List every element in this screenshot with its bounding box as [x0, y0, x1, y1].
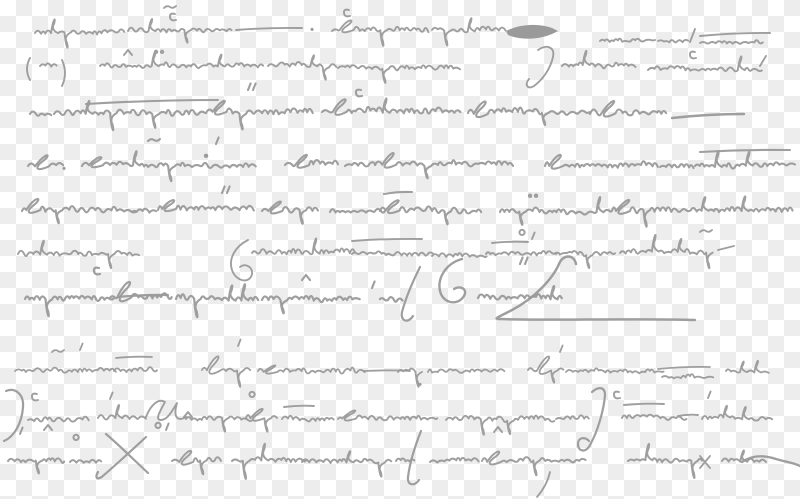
handwriting-stroke: [332, 20, 428, 45]
handwriting-stroke: [35, 19, 124, 47]
handwriting-stroke: [62, 60, 65, 86]
handwriting-stroke: [116, 357, 152, 358]
handwriting-stroke: [302, 451, 391, 476]
handwriting-stroke: [94, 268, 100, 275]
handwriting-stroke: [172, 451, 221, 474]
handwriting-stroke: [520, 258, 528, 265]
handwriting-stroke: [384, 192, 412, 194]
handwriting-stroke: [690, 29, 695, 42]
handwriting-stroke: [258, 365, 365, 373]
handwriting-stroke: [86, 100, 218, 104]
handwriting-stroke: [22, 199, 136, 223]
handwriting-stroke: [216, 138, 219, 145]
handwriting-stroke: [252, 238, 355, 254]
handwriting-stroke: [302, 275, 310, 280]
handwriting-line-8: [15, 340, 769, 387]
handwriting-stroke: [428, 369, 504, 373]
handwriting-line-5: [22, 187, 792, 227]
handwriting-stroke: [222, 187, 230, 194]
handwriting-stroke: [648, 56, 762, 71]
handwriting-stroke: [232, 444, 306, 479]
handwriting-stroke: [600, 39, 655, 42]
handwriting-stroke: [15, 368, 116, 373]
handwriting-stroke: [529, 195, 537, 197]
handwriting-stroke: [146, 401, 186, 420]
handwriting-stroke: [612, 196, 792, 226]
handwriting-stroke: [614, 392, 620, 399]
handwriting-stroke: [700, 456, 710, 468]
handwriting-stroke: [468, 101, 589, 124]
handwriting-stroke: [28, 417, 89, 422]
handwriting-stroke: [70, 460, 101, 463]
handwriting-stroke: [18, 241, 78, 256]
handwriting-stroke: [556, 415, 589, 419]
handwriting-stroke: [28, 155, 63, 169]
handwriting-stroke: [537, 472, 550, 497]
handwriting-stroke: [700, 33, 770, 36]
handwriting-stroke: [372, 282, 375, 289]
handwriting-stroke: [262, 201, 318, 223]
handwriting-stroke: [380, 297, 402, 302]
handwriting-stroke: [25, 296, 114, 316]
handwriting-stroke: [285, 155, 338, 168]
handwriting-stroke: [148, 139, 160, 141]
handwriting-stroke: [32, 394, 38, 401]
handwriting-stroke: [556, 251, 615, 268]
handwriting-stroke: [439, 259, 465, 302]
handwriting-stroke: [238, 340, 241, 347]
handwriting-stroke: [330, 209, 385, 213]
handwriting-stroke: [432, 18, 506, 45]
handwriting-line-4: [28, 138, 795, 182]
handwriting-stroke: [742, 456, 800, 466]
handwriting-stroke: [52, 350, 64, 352]
handwriting-stroke: [432, 253, 487, 257]
handwriting-stroke: [658, 367, 710, 369]
handwriting-stroke: [206, 101, 313, 130]
handwriting-stroke: [176, 284, 258, 317]
handwriting-stroke: [658, 40, 688, 43]
handwriting-stroke: [620, 235, 713, 268]
handwriting-stroke: [155, 423, 160, 428]
handwriting-stroke: [80, 344, 83, 351]
handwriting-stroke: [164, 6, 176, 8]
handwriting-stroke: [562, 51, 636, 69]
handwriting-stroke: [132, 209, 156, 213]
handwriting-line-7: [25, 257, 695, 321]
handwriting-stroke: [545, 155, 658, 169]
handwriting-stroke: [249, 392, 254, 397]
handwriting-stroke: [695, 151, 795, 168]
handwriting-stroke: [702, 406, 772, 421]
handwriting-stroke: [62, 167, 65, 170]
handwriting-stroke: [110, 393, 113, 400]
handwriting-stroke: [110, 282, 172, 301]
handwriting-stroke: [352, 239, 422, 241]
handwriting-stroke: [478, 286, 562, 299]
handwriting-stroke: [166, 424, 169, 431]
handwriting-stroke: [338, 65, 460, 83]
handwriting-stroke: [30, 112, 51, 116]
handwriting-stroke: [482, 452, 586, 476]
handwriting-stroke: [98, 405, 146, 420]
handwriting-stroke: [248, 84, 256, 91]
handwriting-stroke: [418, 383, 421, 386]
handwriting-stroke: [718, 246, 734, 250]
handwriting-stroke: [506, 25, 558, 39]
handwriting-stroke: [700, 150, 790, 152]
handwriting-stroke: [170, 14, 176, 21]
handwriting-stroke: [20, 428, 23, 435]
handwriting-stroke: [282, 416, 334, 422]
handwriting-stroke: [356, 90, 362, 97]
handwriting-stroke: [345, 162, 376, 166]
handwriting-stroke: [700, 40, 763, 44]
handwriting-line-1: [35, 6, 770, 48]
handwriting-line-10: [8, 412, 800, 497]
handwriting-line-6: [18, 230, 734, 281]
handwriting-stroke: [380, 200, 481, 224]
handwriting-stroke: [82, 151, 256, 181]
handwriting-stroke: [40, 63, 57, 66]
handwriting-stroke: [660, 164, 694, 168]
handwriting-stroke: [158, 200, 254, 211]
handwriting-stroke: [690, 52, 696, 59]
handwriting-stroke: [44, 425, 52, 430]
handwriting-svg: [0, 0, 800, 499]
handwriting-stroke: [590, 101, 666, 117]
handwriting-stroke: [322, 99, 460, 115]
handwriting-stroke: [8, 458, 64, 473]
handwriting-stroke: [338, 410, 437, 420]
handwriting-stroke: [202, 356, 250, 387]
handwriting-stroke: [628, 444, 702, 478]
handwriting-stroke: [375, 153, 513, 178]
handwriting-stroke: [492, 242, 528, 243]
handwriting-stroke: [186, 416, 252, 431]
handwriting-stroke: [532, 233, 535, 240]
handwriting-stroke: [446, 416, 554, 435]
handwriting-stroke: [662, 374, 713, 378]
handwriting-stroke: [700, 230, 712, 232]
handwriting-stroke: [114, 367, 157, 372]
handwriting-line-2: [27, 47, 766, 88]
handwriting-stroke: [284, 406, 314, 407]
handwriting-stroke: [527, 47, 554, 88]
handwriting-stroke: [622, 415, 687, 420]
handwriting-stroke: [262, 296, 360, 313]
handwriting-stroke: [204, 154, 208, 158]
handwriting-stroke: [578, 388, 605, 450]
handwriting-stroke: [760, 56, 766, 66]
handwriting-stroke: [408, 431, 421, 484]
handwriting-stroke: [73, 435, 78, 440]
handwriting-stroke: [566, 368, 664, 373]
handwriting-stroke: [236, 28, 302, 30]
handwriting-stroke: [528, 356, 564, 382]
handwriting-stroke: [519, 230, 524, 235]
handwriting-stroke: [624, 404, 664, 405]
handwriting-stroke: [352, 251, 433, 255]
handwriting-stroke: [497, 257, 695, 321]
handwriting-stroke: [678, 415, 698, 416]
handwriting-stroke: [402, 267, 420, 321]
handwriting-stroke: [78, 251, 139, 268]
handwriting-line-3: [30, 84, 744, 131]
handwriting-stroke: [124, 50, 132, 55]
handwriting-stroke: [128, 19, 231, 43]
handwriting-stroke: [310, 28, 313, 31]
handwriting-stroke: [268, 55, 336, 79]
handwriting-stroke: [231, 240, 252, 280]
handwriting-stroke: [486, 251, 556, 255]
handwriting-stroke: [27, 58, 30, 80]
handwriting-stroke: [726, 361, 769, 373]
handwriting-stroke: [494, 427, 502, 432]
handwriting-stroke: [96, 434, 148, 478]
handwriting-stroke: [708, 392, 711, 399]
transparent-checkerboard-canvas: Page de manuscrit ancien en écriture cur…: [0, 0, 800, 499]
handwriting-stroke: [672, 114, 744, 118]
handwriting-line-9: [4, 388, 772, 450]
handwriting-stroke: [54, 101, 205, 130]
handwriting-stroke: [430, 458, 479, 463]
handwriting-stroke: [500, 197, 611, 225]
handwriting-stroke: [560, 346, 563, 353]
handwriting-stroke: [344, 10, 350, 17]
